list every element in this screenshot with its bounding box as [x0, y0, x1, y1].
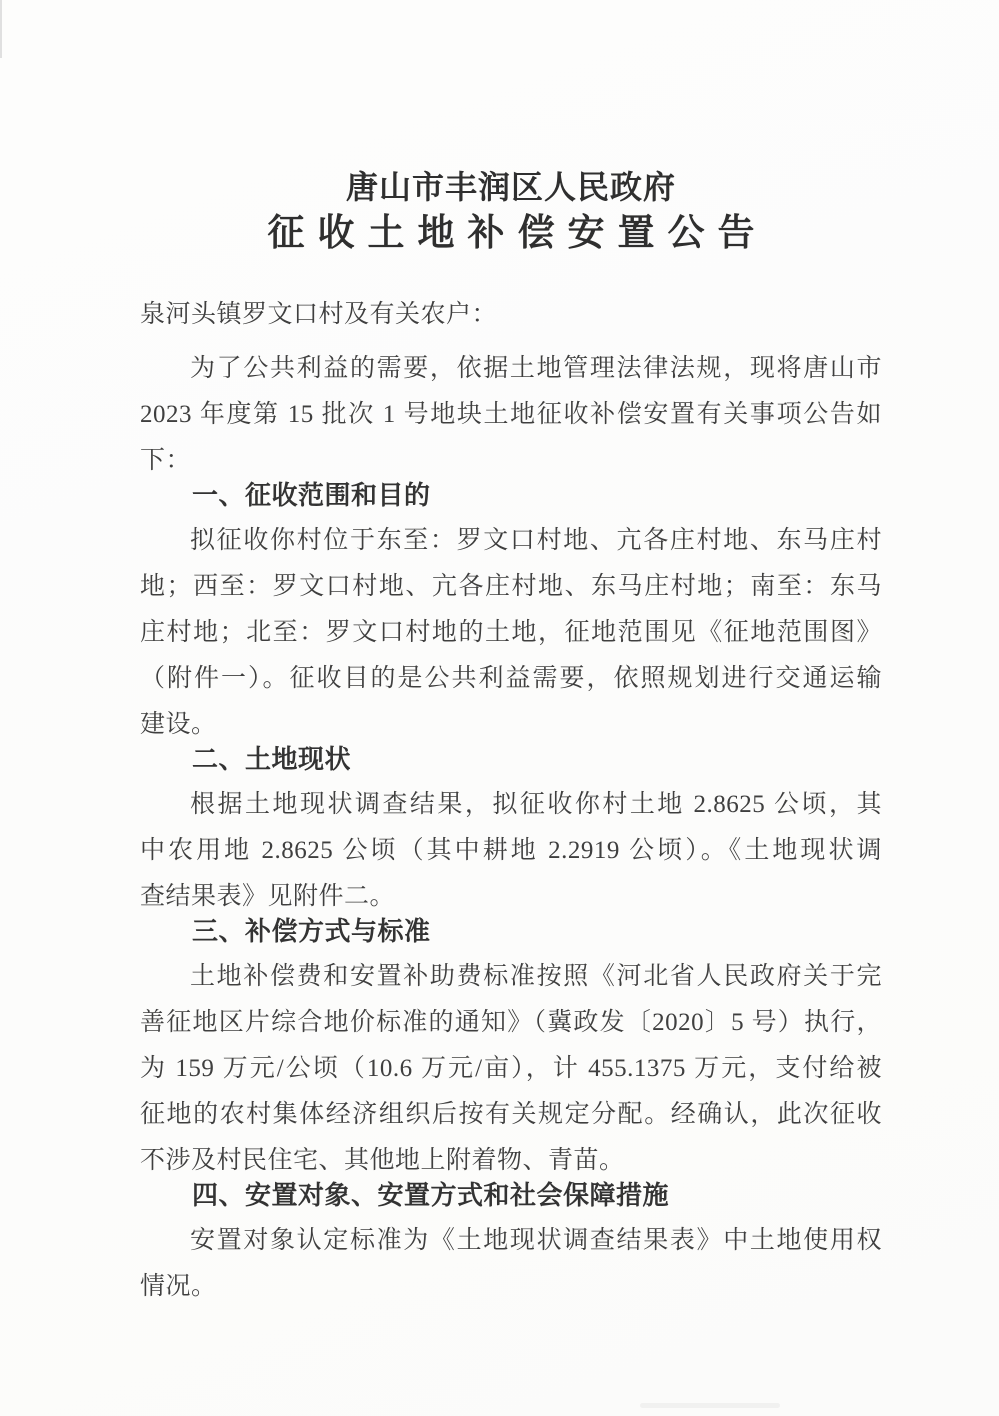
- text-line: 根据土地现状调查结果，拟征收你村土地 2.8625 公顷，其: [140, 782, 882, 828]
- scan-edge-artifact: [0, 0, 2, 58]
- scan-smudge-artifact: [640, 1403, 780, 1408]
- document-content: 唐山市丰润区人民政府 征收土地补偿安置公告 泉河头镇罗文口村及有关农户： 为了公…: [140, 166, 882, 1310]
- document-title-line2: 征收土地补偿安置公告: [140, 208, 895, 260]
- section-heading: 四、安置对象、安置方式和社会保障措施: [140, 1172, 882, 1218]
- text-line: 情况。: [140, 1264, 882, 1310]
- text-line: 征地的农村集体经济组织后按有关规定分配。经确认，此次征收: [140, 1092, 882, 1138]
- text-line: 为了公共利益的需要，依据土地管理法律法规，现将唐山市: [140, 346, 882, 392]
- text-line: 为 159 万元/公顷（10.6 万元/亩），计 455.1375 万元，支付给…: [140, 1046, 882, 1092]
- section-heading: 一、征收范围和目的: [140, 472, 882, 518]
- text-line: 2023 年度第 15 批次 1 号地块土地征收补偿安置有关事项公告如: [140, 392, 882, 438]
- text-line: 拟征收你村位于东至：罗文口村地、亢各庄村地、东马庄村: [140, 518, 882, 564]
- text-line: 地；西至：罗文口村地、亢各庄村地、东马庄村地；南至：东马: [140, 564, 882, 610]
- section-heading: 三、补偿方式与标准: [140, 908, 882, 954]
- text-line: （附件一）。征收目的是公共利益需要，依照规划进行交通运输: [140, 656, 882, 702]
- document-body: 为了公共利益的需要，依据土地管理法律法规，现将唐山市2023 年度第 15 批次…: [140, 346, 882, 1310]
- text-line: 善征地区片综合地价标准的通知》（冀政发〔2020〕5 号）执行，: [140, 1000, 882, 1046]
- text-line: 中农用地 2.8625 公顷（其中耕地 2.2919 公顷）。《土地现状调: [140, 828, 882, 874]
- text-line: 安置对象认定标准为《土地现状调查结果表》中土地使用权: [140, 1218, 882, 1264]
- document-title-line1: 唐山市丰润区人民政府: [140, 166, 882, 208]
- section-heading: 二、土地现状: [140, 736, 882, 782]
- document-page: 唐山市丰润区人民政府 征收土地补偿安置公告 泉河头镇罗文口村及有关农户： 为了公…: [0, 0, 999, 1416]
- salutation-line: 泉河头镇罗文口村及有关农户：: [140, 292, 882, 338]
- text-line: 土地补偿费和安置补助费标准按照《河北省人民政府关于完: [140, 954, 882, 1000]
- text-line: 庄村地；北至：罗文口村地的土地，征地范围见《征地范围图》: [140, 610, 882, 656]
